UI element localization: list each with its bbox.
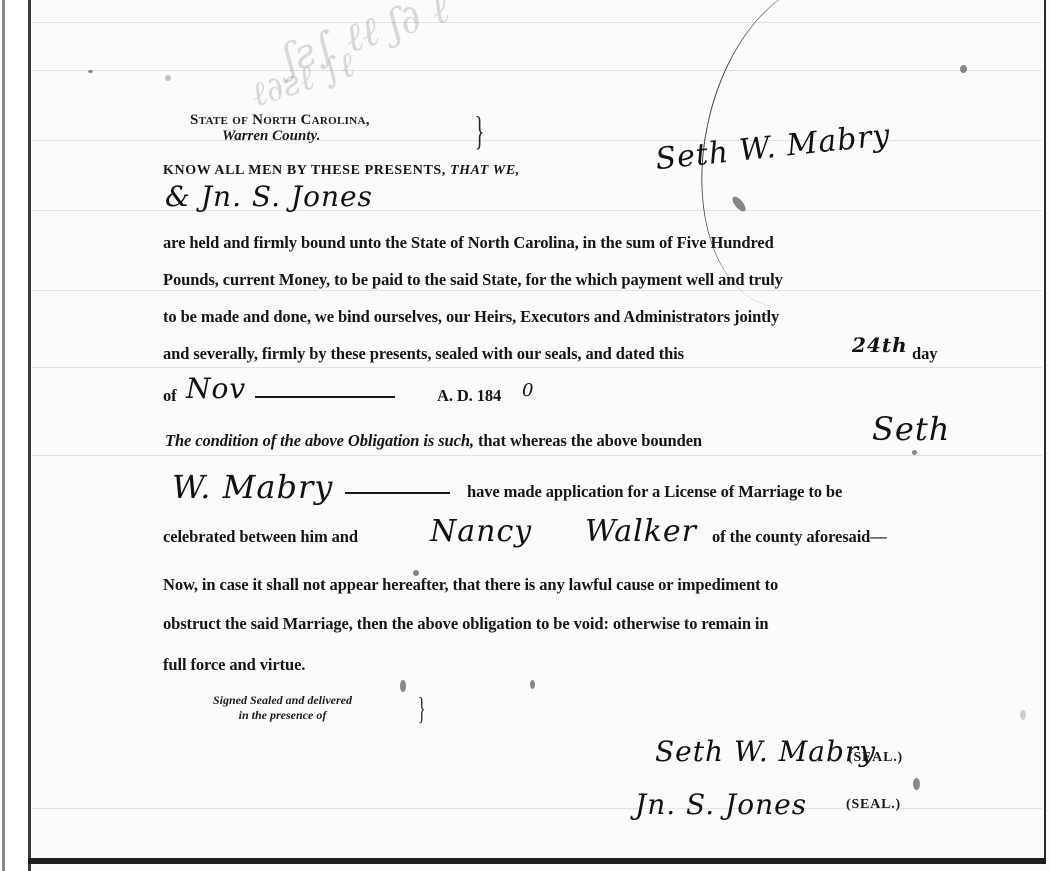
month-handwritten: Nov: [186, 372, 246, 405]
day-handwritten: 24th: [852, 333, 908, 357]
county-aforesaid-text: of the county aforesaid—: [712, 527, 887, 547]
know-all-men-text: KNOW ALL MEN BY THESE PRESENTS, THAT WE,: [163, 163, 520, 179]
body-line-4: and severally, firmly by these presents,…: [163, 344, 684, 364]
bottom-page-edge: [28, 858, 1046, 864]
groom-underline: [345, 492, 450, 494]
body-line-3: to be made and done, we bind ourselves, …: [163, 307, 779, 327]
seal-2: (SEAL.): [846, 797, 901, 813]
marriage-bond-document: ʃƨ∫ ℓℓ ʃ∂ ℓ ℓ∂ƨℓ ∫ℓ State of North Carol…: [0, 0, 1050, 871]
witness-line-1: Signed Sealed and delivered: [213, 693, 352, 708]
speck: [88, 70, 93, 73]
surety-name-handwritten: & Jn. S. Jones: [165, 180, 373, 213]
witness-brace: }: [418, 690, 426, 727]
now-in-case-line: Now, in case it shall not appear hereaft…: [163, 575, 778, 595]
speck: [912, 450, 917, 455]
witness-line-2: in the presence of: [213, 708, 352, 723]
bride-first-name-handwritten: Nancy: [430, 514, 532, 549]
body-line-2: Pounds, current Money, to be paid to the…: [163, 270, 783, 290]
groom-last-name-handwritten: W. Mabry: [172, 468, 333, 506]
seal-1: (SEAL.): [848, 750, 903, 766]
scan-rule: [30, 367, 1042, 368]
speck: [400, 680, 406, 692]
body-line-1: are held and firmly bound unto the State…: [163, 233, 774, 253]
speck: [960, 65, 967, 73]
scan-rule: [30, 290, 1042, 291]
signature-jones: Jn. S. Jones: [635, 788, 807, 821]
condition-rest: that whereas the above bounden: [478, 431, 702, 450]
anno-domini-label: A. D. 184: [437, 386, 501, 406]
speck: [165, 75, 171, 81]
month-underline: [255, 396, 395, 398]
full-force-line: full force and virtue.: [163, 655, 305, 675]
binding-shadow: [2, 0, 5, 871]
signature-seth-mabry: Seth W. Mabry: [655, 735, 876, 768]
application-text: have made application for a License of M…: [467, 482, 842, 502]
right-page-edge: [1044, 0, 1046, 860]
of-label: of: [163, 386, 177, 406]
groom-first-name-handwritten: Seth: [872, 410, 950, 448]
county-name: Warren County.: [222, 128, 370, 145]
speck: [530, 680, 535, 689]
scan-rule: [30, 22, 1042, 23]
speck: [913, 778, 920, 790]
left-binding-strip: [0, 0, 31, 871]
year-suffix-handwritten: 0: [522, 380, 534, 401]
jurisdiction-header: State of North Carolina, Warren County. …: [190, 112, 370, 145]
know-all-label: KNOW ALL MEN BY THESE PRESENTS,: [163, 163, 446, 178]
condition-line: The condition of the above Obligation is…: [165, 431, 702, 451]
that-we-label: THAT WE,: [450, 163, 520, 178]
celebrated-text: celebrated between him and: [163, 527, 358, 547]
day-label: day: [912, 344, 937, 364]
state-name: State of North Carolina,: [190, 112, 370, 129]
bride-last-name-handwritten: Walker: [585, 514, 697, 549]
obstruct-line: obstruct the said Marriage, then the abo…: [163, 614, 768, 634]
speck: [1020, 710, 1026, 720]
scan-rule: [30, 455, 1042, 456]
header-brace: }: [475, 112, 485, 150]
witness-statement: Signed Sealed and delivered in the prese…: [213, 693, 352, 723]
condition-intro: The condition of the above Obligation is…: [165, 431, 474, 450]
